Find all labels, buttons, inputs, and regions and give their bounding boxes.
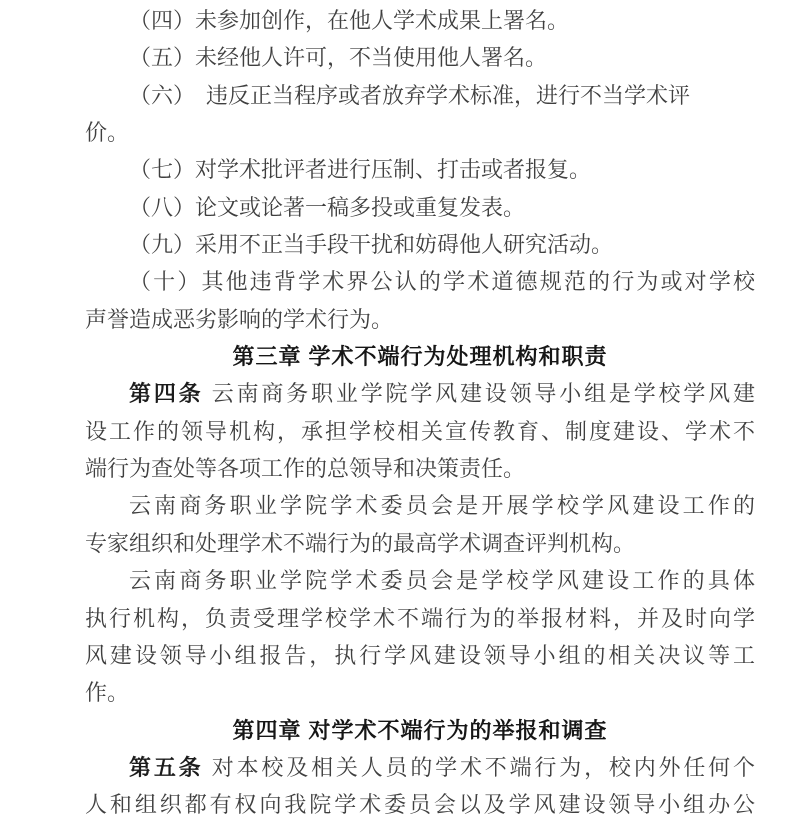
- doc-line: 设工作的领导机构，承担学校相关宣传教育、制度建设、学术不: [85, 413, 755, 450]
- article-number: 第四条: [129, 381, 203, 406]
- doc-line: （四）未参加创作，在他人学术成果上署名。: [85, 2, 755, 39]
- line-text: 对本校及相关人员的学术不端行为，校内外任何个: [203, 755, 755, 780]
- doc-line: （八）论文或论著一稿多投或重复发表。: [85, 189, 755, 226]
- doc-line: 端行为查处等各项工作的总领导和决策责任。: [85, 450, 755, 487]
- doc-line: 第五条 对本校及相关人员的学术不端行为，校内外任何个: [85, 749, 755, 786]
- article-number: 第五条: [129, 755, 203, 780]
- doc-line: 作。: [85, 674, 755, 711]
- document-page: （四）未参加创作，在他人学术成果上署名。（五）未经他人许可，不当使用他人署名。（…: [85, 2, 755, 823]
- doc-line: 第四条 云南商务职业学院学风建设领导小组是学校学风建: [85, 375, 755, 412]
- doc-line: （九）采用不正当手段干扰和妨碍他人研究活动。: [85, 226, 755, 263]
- doc-line: 专家组织和处理学术不端行为的最高学术调查评判机构。: [85, 525, 755, 562]
- doc-line: （五）未经他人许可，不当使用他人署名。: [85, 39, 755, 76]
- chapter-heading: 第四章 对学术不端行为的举报和调查: [85, 712, 755, 749]
- doc-line: （六） 违反正当程序或者放弃学术标准，进行不当学术评: [85, 77, 755, 114]
- doc-line: 云南商务职业学院学术委员会是开展学校学风建设工作的: [85, 487, 755, 524]
- doc-line: 执行机构，负责受理学校学术不端行为的举报材料，并及时向学: [85, 600, 755, 637]
- doc-line: 风建设领导小组报告，执行学风建设领导小组的相关决议等工: [85, 637, 755, 674]
- doc-line: 声誉造成恶劣影响的学术行为。: [85, 301, 755, 338]
- doc-line: 云南商务职业学院学术委员会是学校学风建设工作的具体: [85, 562, 755, 599]
- chapter-heading: 第三章 学术不端行为处理机构和职责: [85, 338, 755, 375]
- line-text: 云南商务职业学院学风建设领导小组是学校学风建: [203, 381, 755, 406]
- doc-line: 价。: [85, 114, 755, 151]
- doc-line: （七）对学术批评者进行压制、打击或者报复。: [85, 151, 755, 188]
- doc-line: 人和组织都有权向我院学术委员会以及学风建设领导小组办公: [85, 786, 755, 823]
- doc-line: （十）其他违背学术界公认的学术道德规范的行为或对学校: [85, 263, 755, 300]
